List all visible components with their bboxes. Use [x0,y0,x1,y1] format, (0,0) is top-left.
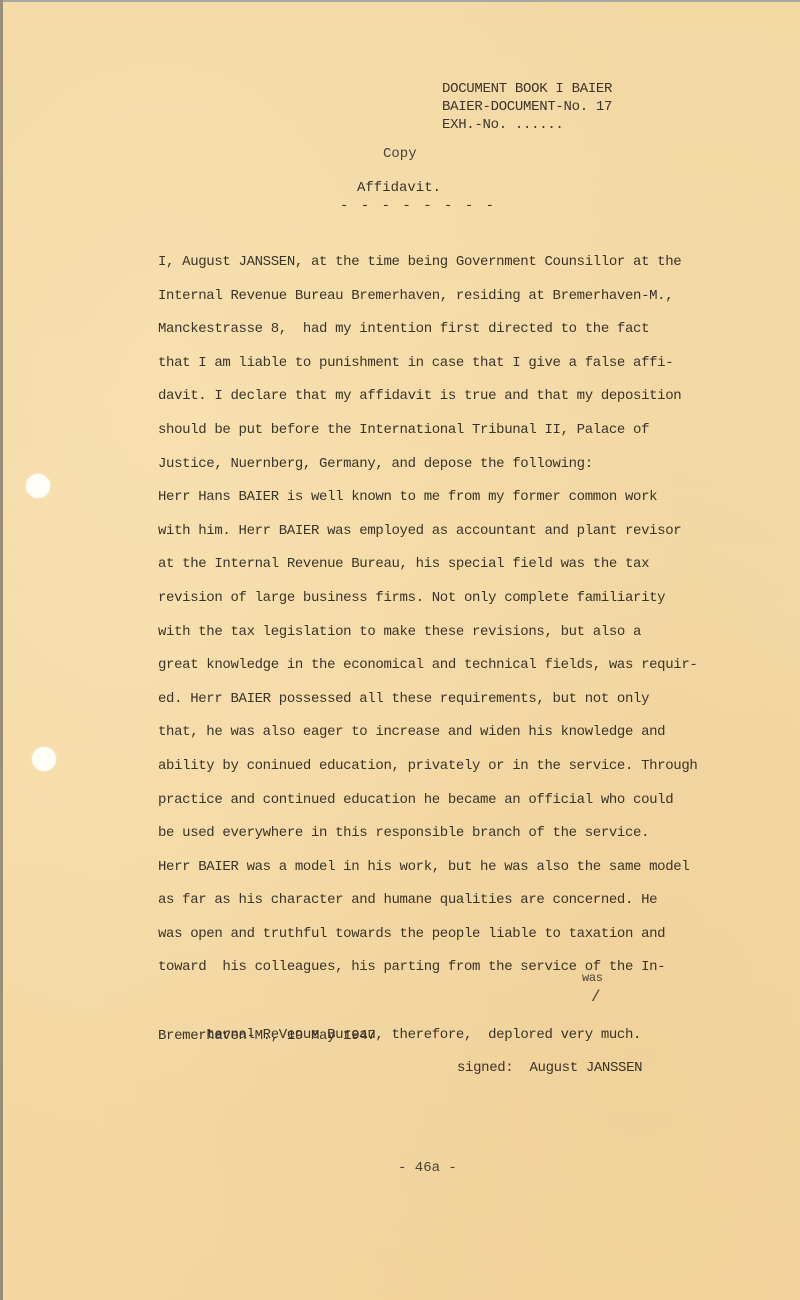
body-line: I, August JANSSEN, at the time being Gov… [158,246,738,280]
body-line: that I am liable to punishment in case t… [158,347,738,381]
body-line: Internal Revenue Bureau Bremerhaven, res… [158,280,738,314]
body-line: with the tax legislation to make these r… [158,616,738,650]
body-line: was open and truthful towards the people… [158,918,738,952]
body-line: Manckestrasse 8, had my intention first … [158,313,738,347]
body-line: that, he was also eager to increase and … [158,716,738,750]
document-number-line: BAIER-DOCUMENT-No. 17 [442,98,612,116]
punch-hole [32,747,56,771]
place-and-date: Bremerhaven-M., 19 May 1947 [158,1028,375,1044]
document-reference-header: DOCUMENT BOOK I BAIER BAIER-DOCUMENT-No.… [442,80,612,134]
insertion-caret-mark: / [591,989,600,1005]
handwritten-insertion: was [582,971,603,985]
body-line: be used everywhere in this responsible b… [158,817,738,851]
body-line: as far as his character and humane quali… [158,884,738,918]
body-line-last: ternal ReVenue Bureau, therefore, deplor… [158,985,738,1019]
body-line: toward his colleagues, his parting from … [158,951,738,985]
body-line: davit. I declare that my affidavit is tr… [158,380,738,414]
body-line: great knowledge in the economical and te… [158,649,738,683]
affidavit-body: I, August JANSSEN, at the time being Gov… [158,246,738,1019]
copy-label: Copy [383,146,417,162]
punch-hole [26,474,50,498]
page-top-edge [0,0,800,2]
signature-line: signed: August JANSSEN [457,1060,642,1076]
body-line: at the Internal Revenue Bureau, his spec… [158,548,738,582]
body-line: revision of large business firms. Not on… [158,582,738,616]
title-underline: - - - - - - - - [340,198,496,214]
body-line: Justice, Nuernberg, Germany, and depose … [158,448,738,482]
document-page: DOCUMENT BOOK I BAIER BAIER-DOCUMENT-No.… [0,0,800,1300]
document-title: Affidavit. [357,180,441,196]
body-line: should be put before the International T… [158,414,738,448]
body-line: ability by coninued education, privately… [158,750,738,784]
document-book-line: DOCUMENT BOOK I BAIER [442,80,612,98]
body-line: practice and continued education he beca… [158,784,738,818]
body-line: Herr BAIER was a model in his work, but … [158,851,738,885]
body-line: with him. Herr BAIER was employed as acc… [158,515,738,549]
body-line: Herr Hans BAIER is well known to me from… [158,481,738,515]
exhibit-number-line: EXH.-No. ...... [442,116,612,134]
page-left-edge [0,0,3,1300]
body-line: ed. Herr BAIER possessed all these requi… [158,683,738,717]
page-number: - 46a - [398,1160,457,1176]
